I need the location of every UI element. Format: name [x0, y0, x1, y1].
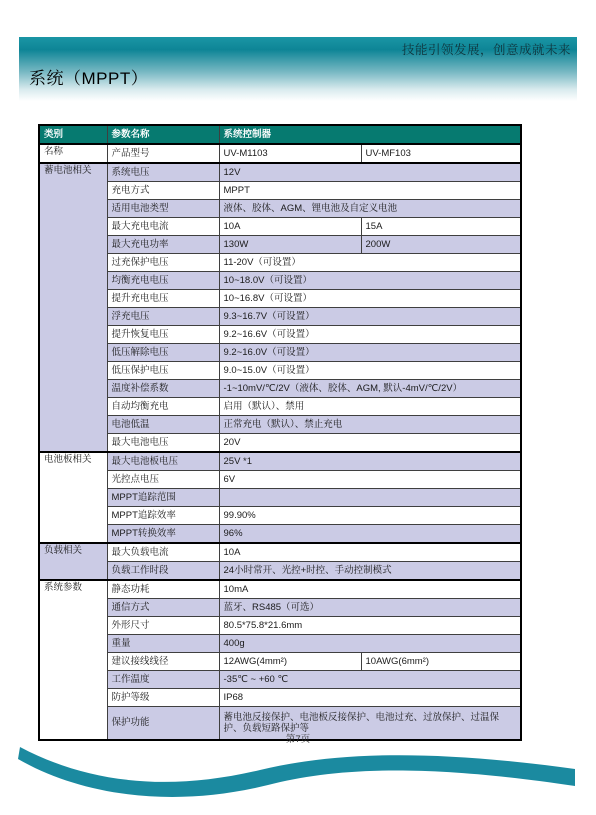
value-cell: 6V: [219, 471, 521, 489]
param-cell: MPPT转换效率: [107, 525, 219, 544]
table-row: 最大电池电压20V: [39, 434, 521, 453]
value-cell: [219, 489, 521, 507]
category-cell: 系统参数: [39, 580, 107, 740]
value-cell: IP68: [219, 689, 521, 707]
category-cell: 蓄电池相关: [39, 163, 107, 452]
param-cell: 浮充电压: [107, 308, 219, 326]
value-cell: 启用（默认）、禁用: [219, 398, 521, 416]
value-cell: -35℃ ~ +60 ℃: [219, 671, 521, 689]
param-cell: 适用电池类型: [107, 200, 219, 218]
param-cell: 光控点电压: [107, 471, 219, 489]
header-category: 类别: [39, 125, 107, 144]
table-row: 负载工作时段24小时常开、光控+时控、手动控制模式: [39, 562, 521, 581]
table-row: 外形尺寸80.5*75.8*21.6mm: [39, 617, 521, 635]
value-cell: 10mA: [219, 580, 521, 599]
decorative-wave: [0, 735, 596, 815]
value-cell: UV-M1103: [219, 144, 361, 163]
value-cell: 液体、胶体、AGM、锂电池及自定义电池: [219, 200, 521, 218]
value-cell: 10~18.0V（可设置）: [219, 272, 521, 290]
value-cell: 130W: [219, 236, 361, 254]
value-cell: 12AWG(4mm²): [219, 653, 361, 671]
value-cell: 96%: [219, 525, 521, 544]
header-controller: 系统控制器: [219, 125, 521, 144]
value-cell: 12V: [219, 163, 521, 182]
param-cell: 工作温度: [107, 671, 219, 689]
param-cell: MPPT追踪效率: [107, 507, 219, 525]
param-cell: 建议接线线径: [107, 653, 219, 671]
table-row: 温度补偿系数-1~10mV/℃/2V（液体、胶体、AGM, 默认-4mV/℃/2…: [39, 380, 521, 398]
value-cell: 15A: [361, 218, 521, 236]
param-cell: 最大电池电压: [107, 434, 219, 453]
table-row: 适用电池类型液体、胶体、AGM、锂电池及自定义电池: [39, 200, 521, 218]
param-cell: 最大电池板电压: [107, 452, 219, 471]
param-cell: 电池低温: [107, 416, 219, 434]
table-row: 负载相关最大负载电流10A: [39, 543, 521, 562]
table-row: 光控点电压6V: [39, 471, 521, 489]
category-cell: 电池板相关: [39, 452, 107, 543]
param-cell: 低压保护电压: [107, 362, 219, 380]
wave-ribbon: [18, 747, 575, 797]
param-cell: 静态功耗: [107, 580, 219, 599]
param-cell: 提升充电电压: [107, 290, 219, 308]
value-cell: 24小时常开、光控+时控、手动控制模式: [219, 562, 521, 581]
value-cell: 9.0~15.0V（可设置）: [219, 362, 521, 380]
value-cell: 80.5*75.8*21.6mm: [219, 617, 521, 635]
category-cell: 负载相关: [39, 543, 107, 580]
table-row: 蓄电池相关系统电压12V: [39, 163, 521, 182]
param-cell: 系统电压: [107, 163, 219, 182]
table-row: 工作温度-35℃ ~ +60 ℃: [39, 671, 521, 689]
param-cell: 最大充电功率: [107, 236, 219, 254]
table-row: MPPT追踪效率99.90%: [39, 507, 521, 525]
table-row: 电池低温正常充电（默认）、禁止充电: [39, 416, 521, 434]
table-row: 充电方式MPPT: [39, 182, 521, 200]
value-cell: MPPT: [219, 182, 521, 200]
table-row: 提升充电电压10~16.8V（可设置）: [39, 290, 521, 308]
param-cell: 自动均衡充电: [107, 398, 219, 416]
table-row: 最大充电电流10A15A: [39, 218, 521, 236]
value-cell: 正常充电（默认）、禁止充电: [219, 416, 521, 434]
param-cell: 温度补偿系数: [107, 380, 219, 398]
value-cell: 蓝牙、RS485（可选）: [219, 599, 521, 617]
table-row: 低压保护电压9.0~15.0V（可设置）: [39, 362, 521, 380]
table-row: 建议接线线径12AWG(4mm²)10AWG(6mm²): [39, 653, 521, 671]
spec-table: 类别 参数名称 系统控制器 名称产品型号UV-M1103UV-MF103蓄电池相…: [38, 124, 522, 741]
table-header-row: 类别 参数名称 系统控制器: [39, 125, 521, 144]
category-cell: 名称: [39, 144, 107, 163]
table-row: 过充保护电压11-20V（可设置）: [39, 254, 521, 272]
value-cell: 11-20V（可设置）: [219, 254, 521, 272]
param-cell: 提升恢复电压: [107, 326, 219, 344]
param-cell: 外形尺寸: [107, 617, 219, 635]
param-cell: 重量: [107, 635, 219, 653]
table-row: 系统参数静态功耗10mA: [39, 580, 521, 599]
value-cell: 9.2~16.0V（可设置）: [219, 344, 521, 362]
value-cell: 25V *1: [219, 452, 521, 471]
value-cell: -1~10mV/℃/2V（液体、胶体、AGM, 默认-4mV/℃/2V）: [219, 380, 521, 398]
document-page: 技能引领发展，创意成就未来 系统（MPPT） 类别 参数名称 系统控制器 名称产…: [0, 0, 596, 815]
value-cell: 10A: [219, 218, 361, 236]
value-cell: 9.2~16.6V（可设置）: [219, 326, 521, 344]
param-cell: 产品型号: [107, 144, 219, 163]
table-row: 提升恢复电压9.2~16.6V（可设置）: [39, 326, 521, 344]
param-cell: 最大负载电流: [107, 543, 219, 562]
param-cell: 充电方式: [107, 182, 219, 200]
table-row: 通信方式蓝牙、RS485（可选）: [39, 599, 521, 617]
param-cell: MPPT追踪范围: [107, 489, 219, 507]
table-row: 名称产品型号UV-M1103UV-MF103: [39, 144, 521, 163]
value-cell: 10AWG(6mm²): [361, 653, 521, 671]
header-gradient-banner: 技能引领发展，创意成就未来 系统（MPPT）: [19, 37, 577, 101]
param-cell: 过充保护电压: [107, 254, 219, 272]
header-param: 参数名称: [107, 125, 219, 144]
table-row: MPPT追踪范围: [39, 489, 521, 507]
table-row: 低压解除电压9.2~16.0V（可设置）: [39, 344, 521, 362]
table-row: 均衡充电电压10~18.0V（可设置）: [39, 272, 521, 290]
table-row: 自动均衡充电启用（默认）、禁用: [39, 398, 521, 416]
table-row: 最大充电功率130W200W: [39, 236, 521, 254]
table-row: 电池板相关最大电池板电压25V *1: [39, 452, 521, 471]
param-cell: 均衡充电电压: [107, 272, 219, 290]
value-cell: 9.3~16.7V（可设置）: [219, 308, 521, 326]
value-cell: 20V: [219, 434, 521, 453]
value-cell: UV-MF103: [361, 144, 521, 163]
param-cell: 防护等级: [107, 689, 219, 707]
value-cell: 200W: [361, 236, 521, 254]
value-cell: 400g: [219, 635, 521, 653]
value-cell: 10A: [219, 543, 521, 562]
table-row: MPPT转换效率96%: [39, 525, 521, 544]
param-cell: 负载工作时段: [107, 562, 219, 581]
table-row: 重量400g: [39, 635, 521, 653]
param-cell: 通信方式: [107, 599, 219, 617]
param-cell: 低压解除电压: [107, 344, 219, 362]
company-slogan: 技能引领发展，创意成就未来: [402, 40, 571, 58]
value-cell: 99.90%: [219, 507, 521, 525]
value-cell: 10~16.8V（可设置）: [219, 290, 521, 308]
page-title: 系统（MPPT）: [29, 64, 148, 89]
table-row: 防护等级IP68: [39, 689, 521, 707]
param-cell: 最大充电电流: [107, 218, 219, 236]
table-row: 浮充电压9.3~16.7V（可设置）: [39, 308, 521, 326]
